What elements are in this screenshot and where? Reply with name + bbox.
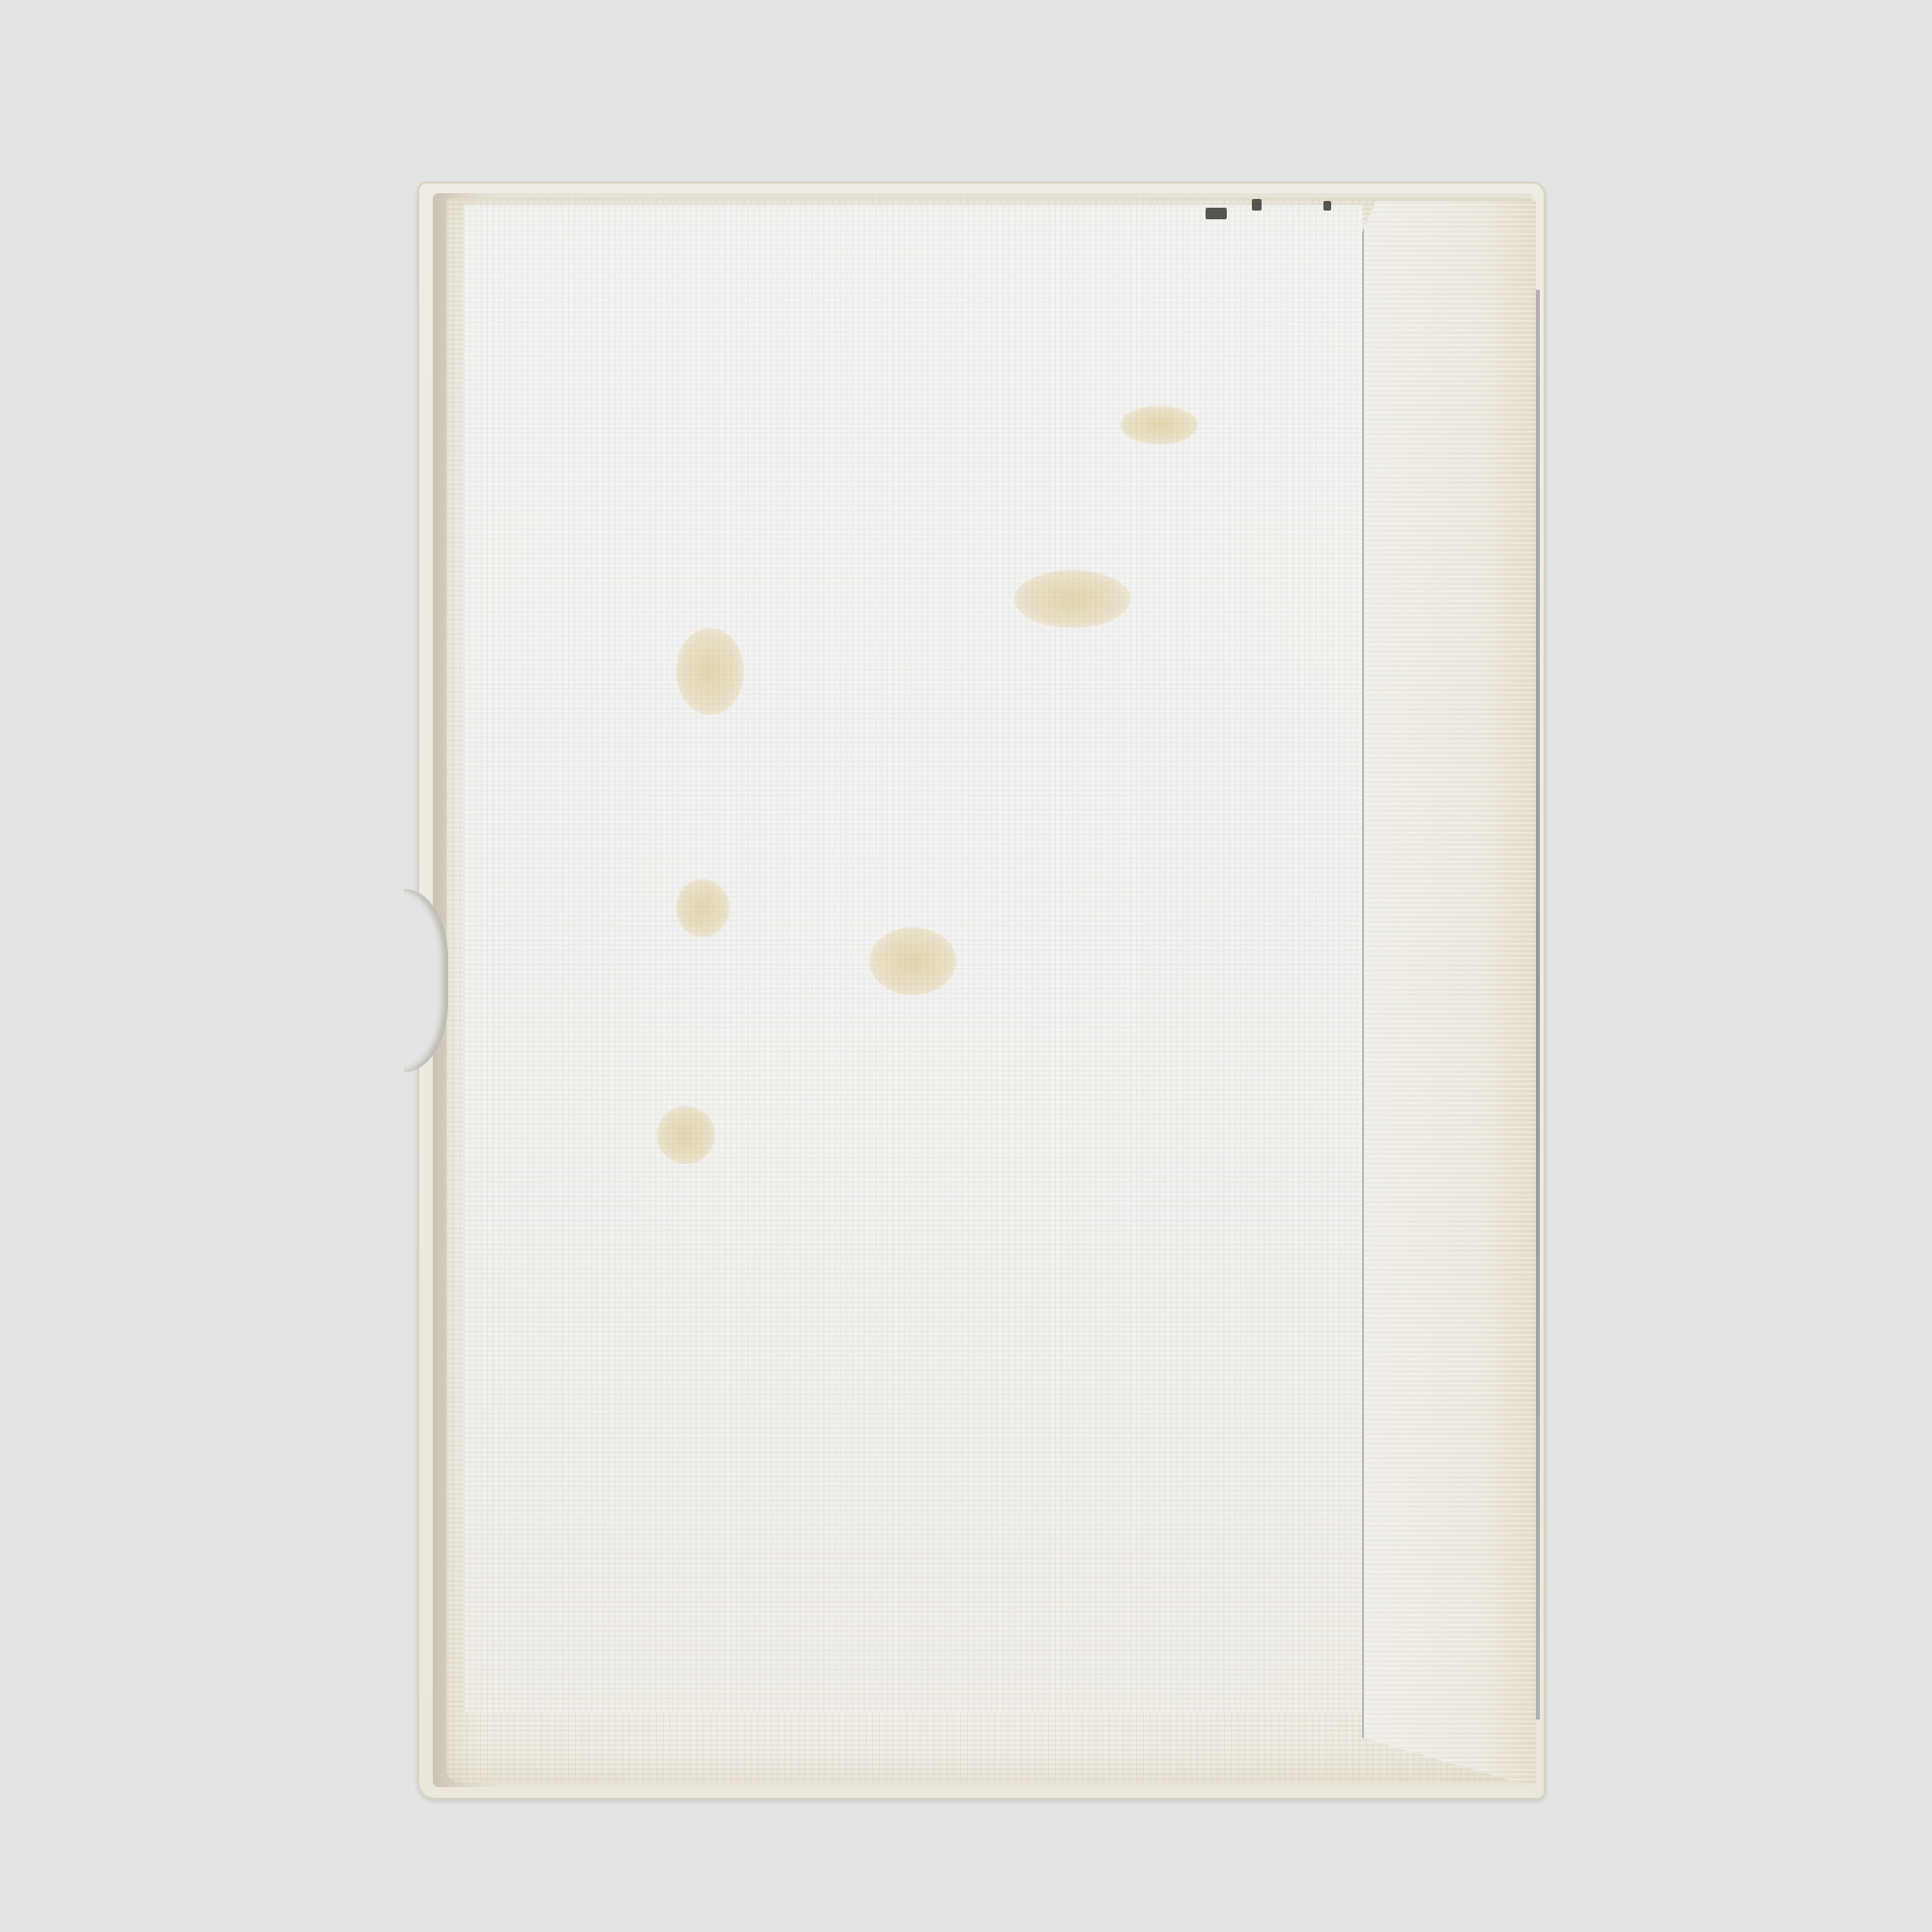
stain-mark [657, 1106, 715, 1164]
damage-mark [1206, 208, 1227, 219]
stain-mark [1121, 406, 1198, 444]
stain-mark [869, 927, 956, 995]
damage-mark [1252, 199, 1262, 211]
cover-flap [1362, 201, 1536, 1785]
stain-mark [676, 628, 744, 715]
damage-mark [1323, 201, 1331, 211]
stain-mark [676, 879, 729, 937]
stain-mark [1014, 570, 1130, 628]
